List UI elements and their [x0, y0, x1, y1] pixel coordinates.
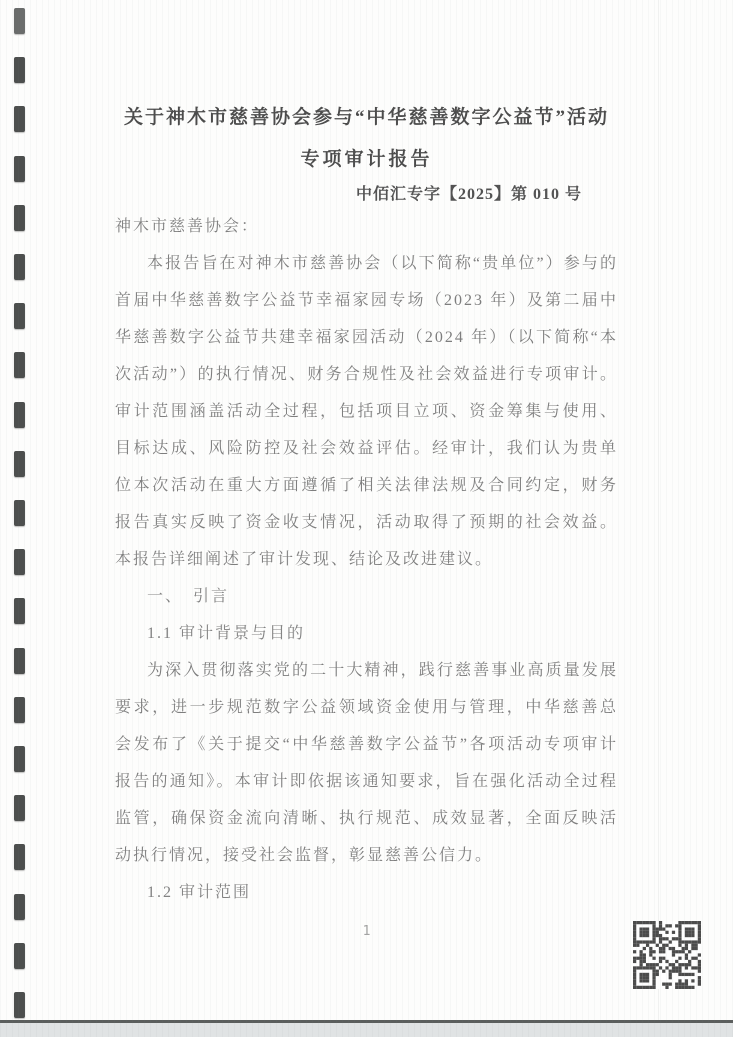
binding-hole — [14, 598, 25, 624]
section-1-2-heading: 1.2 审计范围 — [115, 874, 618, 911]
binding-hole — [14, 402, 25, 428]
binding-hole — [14, 205, 25, 231]
binding-hole — [14, 943, 25, 969]
binding-hole — [14, 106, 25, 132]
qr-code-icon — [633, 921, 701, 989]
binding-hole — [14, 795, 25, 821]
binding-hole — [14, 894, 25, 920]
binding-hole — [14, 549, 25, 575]
section-1-heading: 一、 引言 — [115, 578, 618, 615]
binding-hole — [14, 500, 25, 526]
binding-hole — [14, 156, 25, 182]
doc-number: 中佰汇专字【2025】第 010 号 — [115, 184, 618, 206]
section-1-1-heading: 1.1 审计背景与目的 — [115, 615, 618, 652]
binding-hole — [14, 254, 25, 280]
binding-hole — [14, 57, 25, 83]
binding-hole — [14, 844, 25, 870]
binding-hole — [14, 8, 25, 34]
scan-fold-line — [658, 0, 659, 1020]
report-title-line2: 专项审计报告 — [115, 146, 618, 174]
scan-bottom-shadow — [0, 1023, 733, 1037]
binding-marks — [0, 0, 40, 1037]
page-number: 1 — [115, 922, 618, 942]
scanned-report-page: 关于神木市慈善协会参与“中华慈善数字公益节”活动 专项审计报告 中佰汇专字【20… — [0, 0, 733, 1037]
binding-hole — [14, 648, 25, 674]
report-content: 关于神木市慈善协会参与“中华慈善数字公益节”活动 专项审计报告 中佰汇专字【20… — [115, 0, 618, 911]
intro-paragraph: 本报告旨在对神木市慈善协会（以下简称“贵单位”）参与的首届中华慈善数字公益节幸福… — [115, 245, 618, 578]
report-title-line1: 关于神木市慈善协会参与“中华慈善数字公益节”活动 — [115, 104, 618, 132]
salutation: 神木市慈善协会： — [115, 208, 618, 245]
binding-hole — [14, 352, 25, 378]
binding-hole — [14, 992, 25, 1018]
binding-hole — [14, 697, 25, 723]
binding-hole — [14, 303, 25, 329]
binding-hole — [14, 746, 25, 772]
binding-hole — [14, 451, 25, 477]
section-1-1-paragraph: 为深入贯彻落实党的二十大精神，践行慈善事业高质量发展要求，进一步规范数字公益领域… — [115, 652, 618, 874]
